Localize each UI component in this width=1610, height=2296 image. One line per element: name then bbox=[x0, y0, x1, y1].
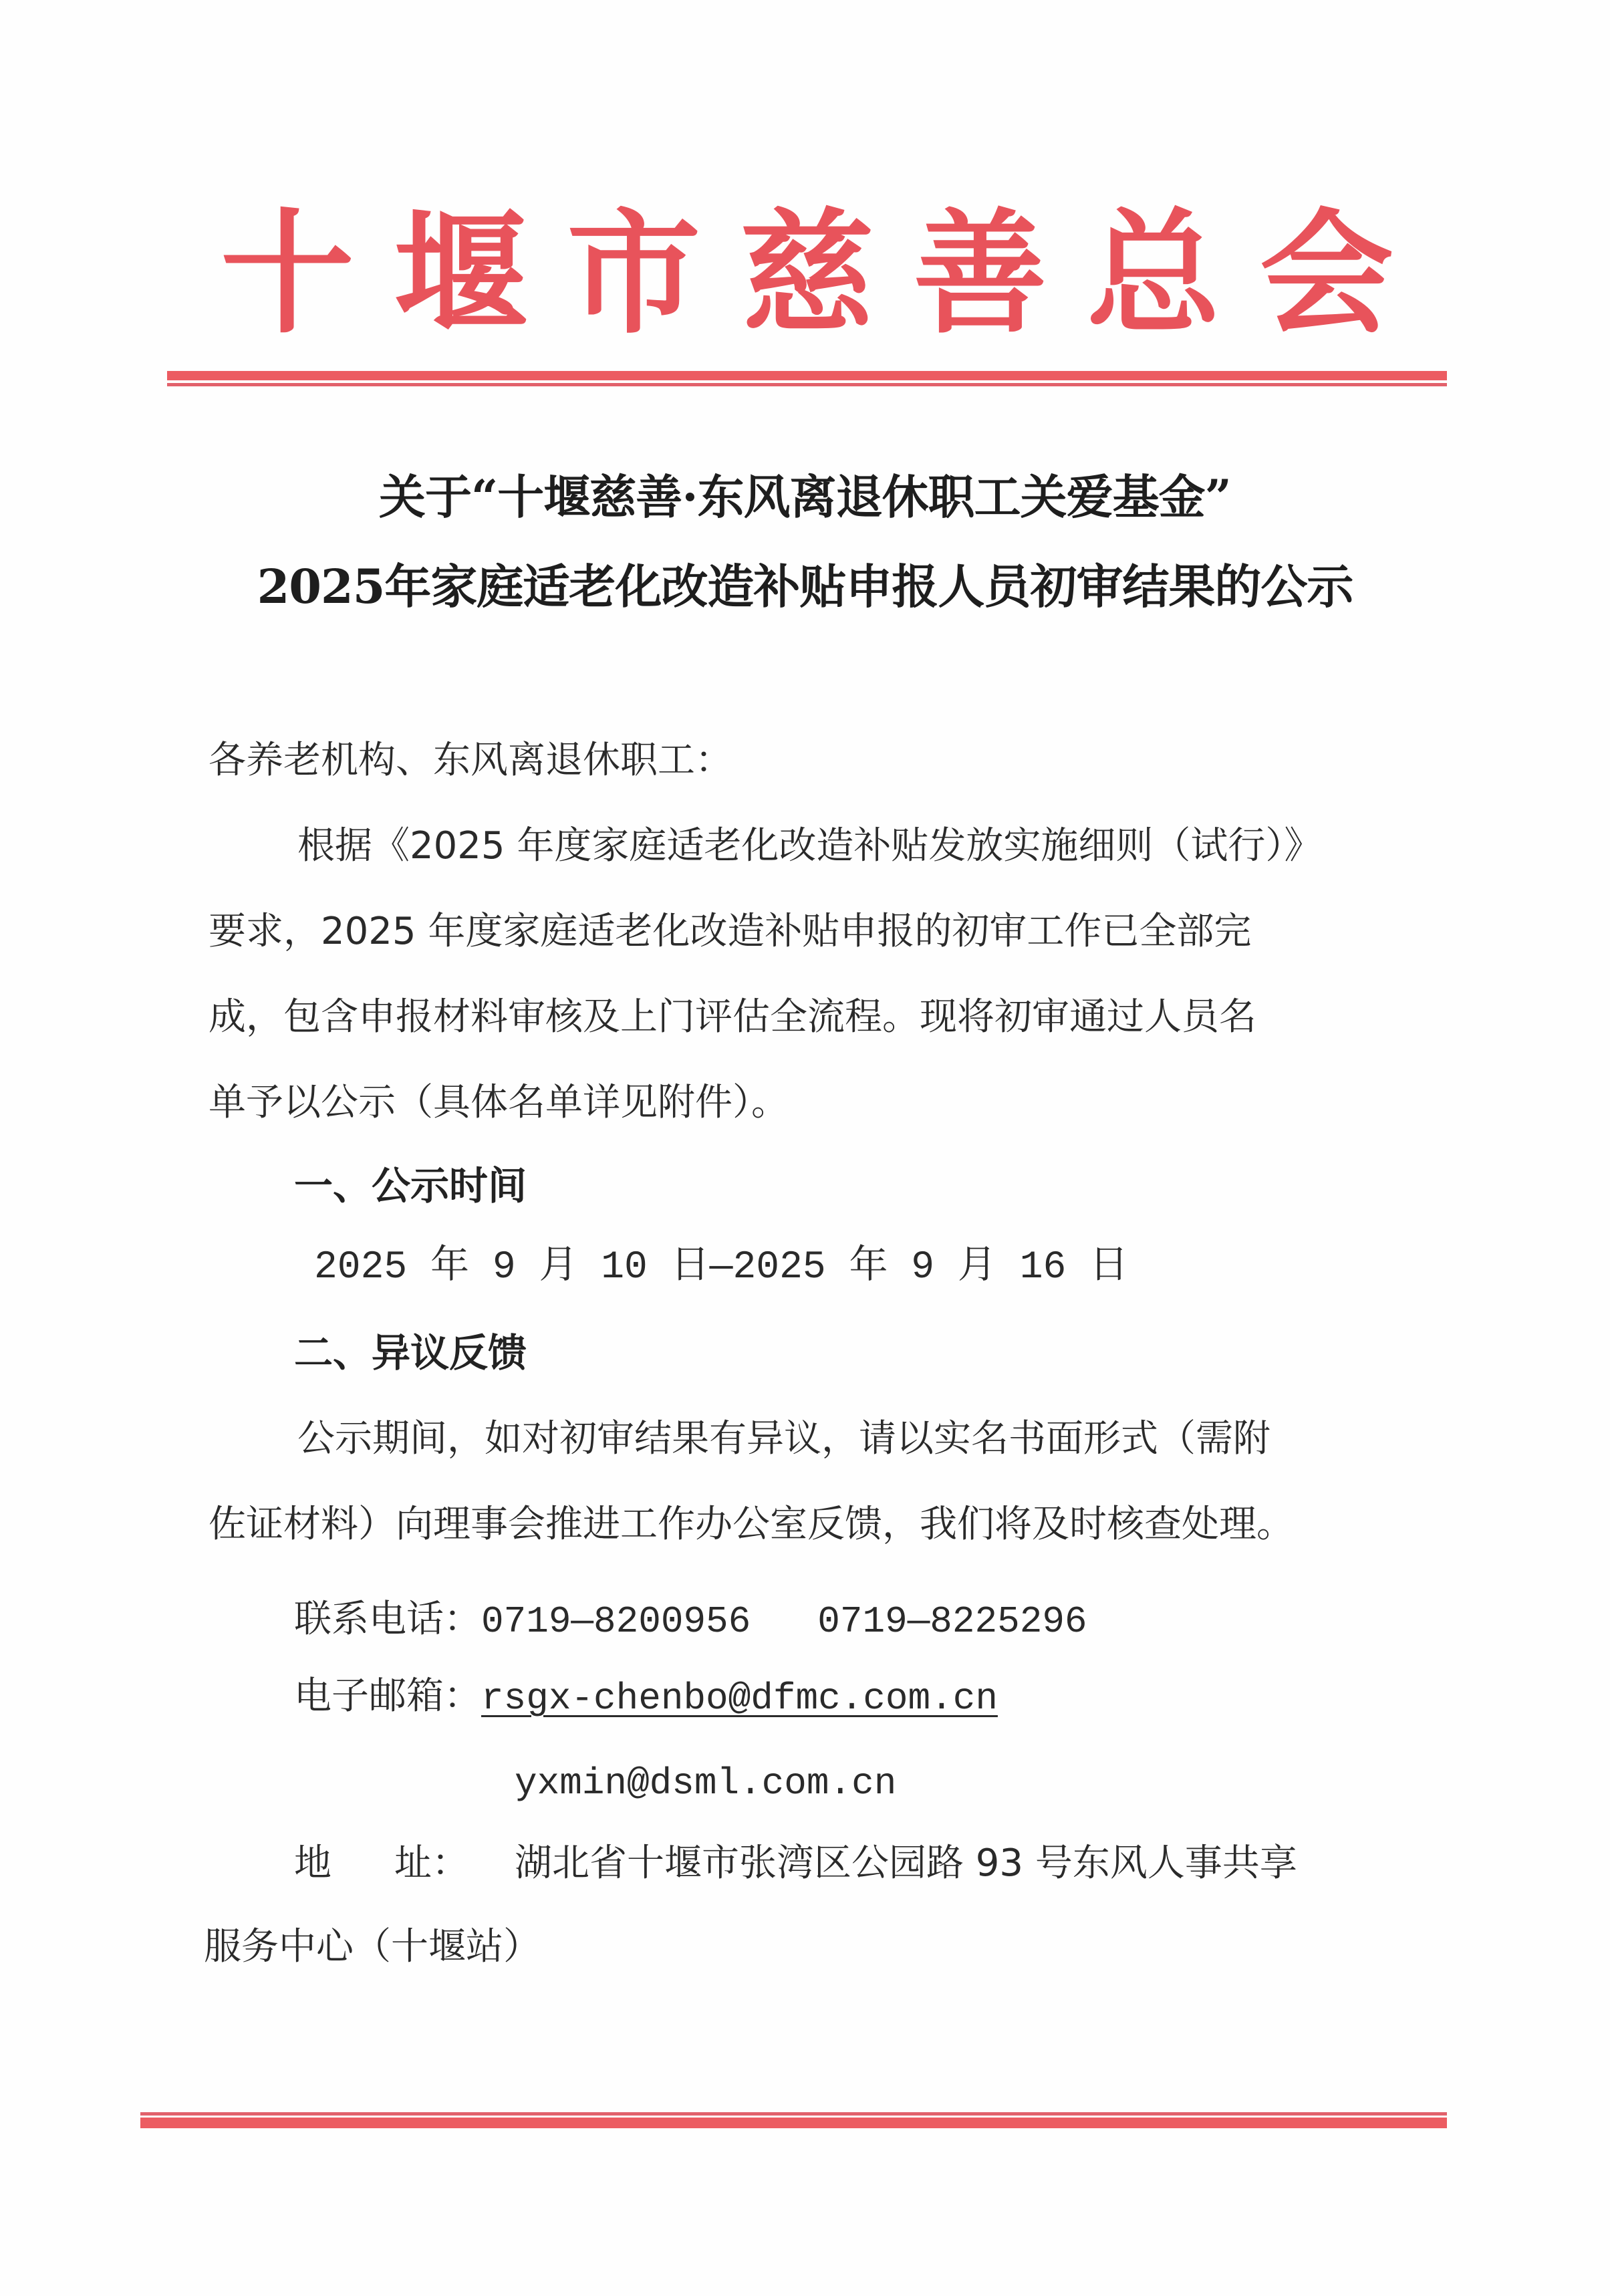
paragraph-1-line-4: 单予以公示（具体名单详见附件）。 bbox=[209, 1084, 789, 1122]
salutation: 各养老机构、东风离退休职工： bbox=[209, 742, 732, 779]
document-title-line-1: 关于“十堰慈善·东风离退休职工关爱基金” bbox=[0, 460, 1610, 527]
contact-address-row: 地址：湖北省十堰市张湾区公园路 93 号东风人事共享 bbox=[294, 1845, 1297, 1882]
divider-thin-line bbox=[140, 2112, 1447, 2116]
divider-thick-line bbox=[140, 2118, 1447, 2128]
contact-email-row: 电子邮箱：rsgx-chenbo@dfmc.com.cn bbox=[294, 1678, 998, 1717]
phone-number-1: 0719—8200956 bbox=[481, 1600, 751, 1643]
letterhead-char: 十 bbox=[221, 207, 354, 341]
divider-thick-line bbox=[167, 371, 1447, 380]
paragraph-1-line-2: 要求，2025 年度家庭适老化改造补贴申报的初审工作已全部完 bbox=[209, 913, 1251, 950]
document-title-line-2: 2025年家庭适老化改造补贴申报人员初审结果的公示 bbox=[0, 549, 1610, 617]
paragraph-2-line-1: 公示期间，如对初审结果有异议，请以实名书面形式（需附 bbox=[297, 1420, 1270, 1458]
email-address-2: yxmin@dsml.com.cn bbox=[515, 1765, 896, 1802]
letterhead-char: 会 bbox=[1260, 207, 1393, 341]
section-heading-publicity-time: 一、公示时间 bbox=[294, 1166, 527, 1205]
email-label: 电子邮箱： bbox=[294, 1674, 481, 1718]
letterhead-char: 总 bbox=[1087, 207, 1220, 341]
org-letterhead: 十 堰 市 慈 善 总 会 bbox=[167, 201, 1447, 348]
email-link-1[interactable]: rsgx-chenbo@dfmc.com.cn bbox=[481, 1677, 998, 1720]
letterhead-char: 慈 bbox=[740, 207, 874, 341]
paragraph-1-line-1: 根据《2025 年度家庭适老化改造补贴发放实施细则（试行）》 bbox=[297, 827, 1321, 865]
address-line-1: 湖北省十堰市张湾区公园路 93 号东风人事共享 bbox=[515, 1841, 1297, 1885]
address-label: 地址： bbox=[294, 1845, 515, 1882]
paragraph-2-line-2: 佐证材料）向理事会推进工作办公室反馈，我们将及时核查处理。 bbox=[209, 1506, 1294, 1543]
divider-thin-line bbox=[167, 383, 1447, 386]
contact-phone-row: 联系电话：0719—82009560719—8225296 bbox=[294, 1601, 1087, 1640]
letterhead-char: 市 bbox=[567, 207, 700, 341]
paragraph-1-line-3: 成，包含申报材料审核及上门评估全流程。现将初审通过人员名 bbox=[209, 999, 1256, 1036]
document-page: 十 堰 市 慈 善 总 会 关于“十堰慈善·东风离退休职工关爱基金” 2025年… bbox=[0, 0, 1610, 2296]
address-line-2: 服务中心（十堰站） bbox=[204, 1928, 541, 1966]
letterhead-char: 善 bbox=[914, 207, 1047, 341]
publicity-period: 2025 年 9 月 10 日—2025 年 9 月 16 日 bbox=[314, 1249, 1128, 1287]
section-heading-objection-feedback: 二、异议反馈 bbox=[294, 1333, 527, 1372]
letterhead-char: 堰 bbox=[394, 207, 527, 341]
phone-number-2: 0719—8225296 bbox=[817, 1600, 1087, 1643]
phone-label: 联系电话： bbox=[294, 1598, 481, 1641]
